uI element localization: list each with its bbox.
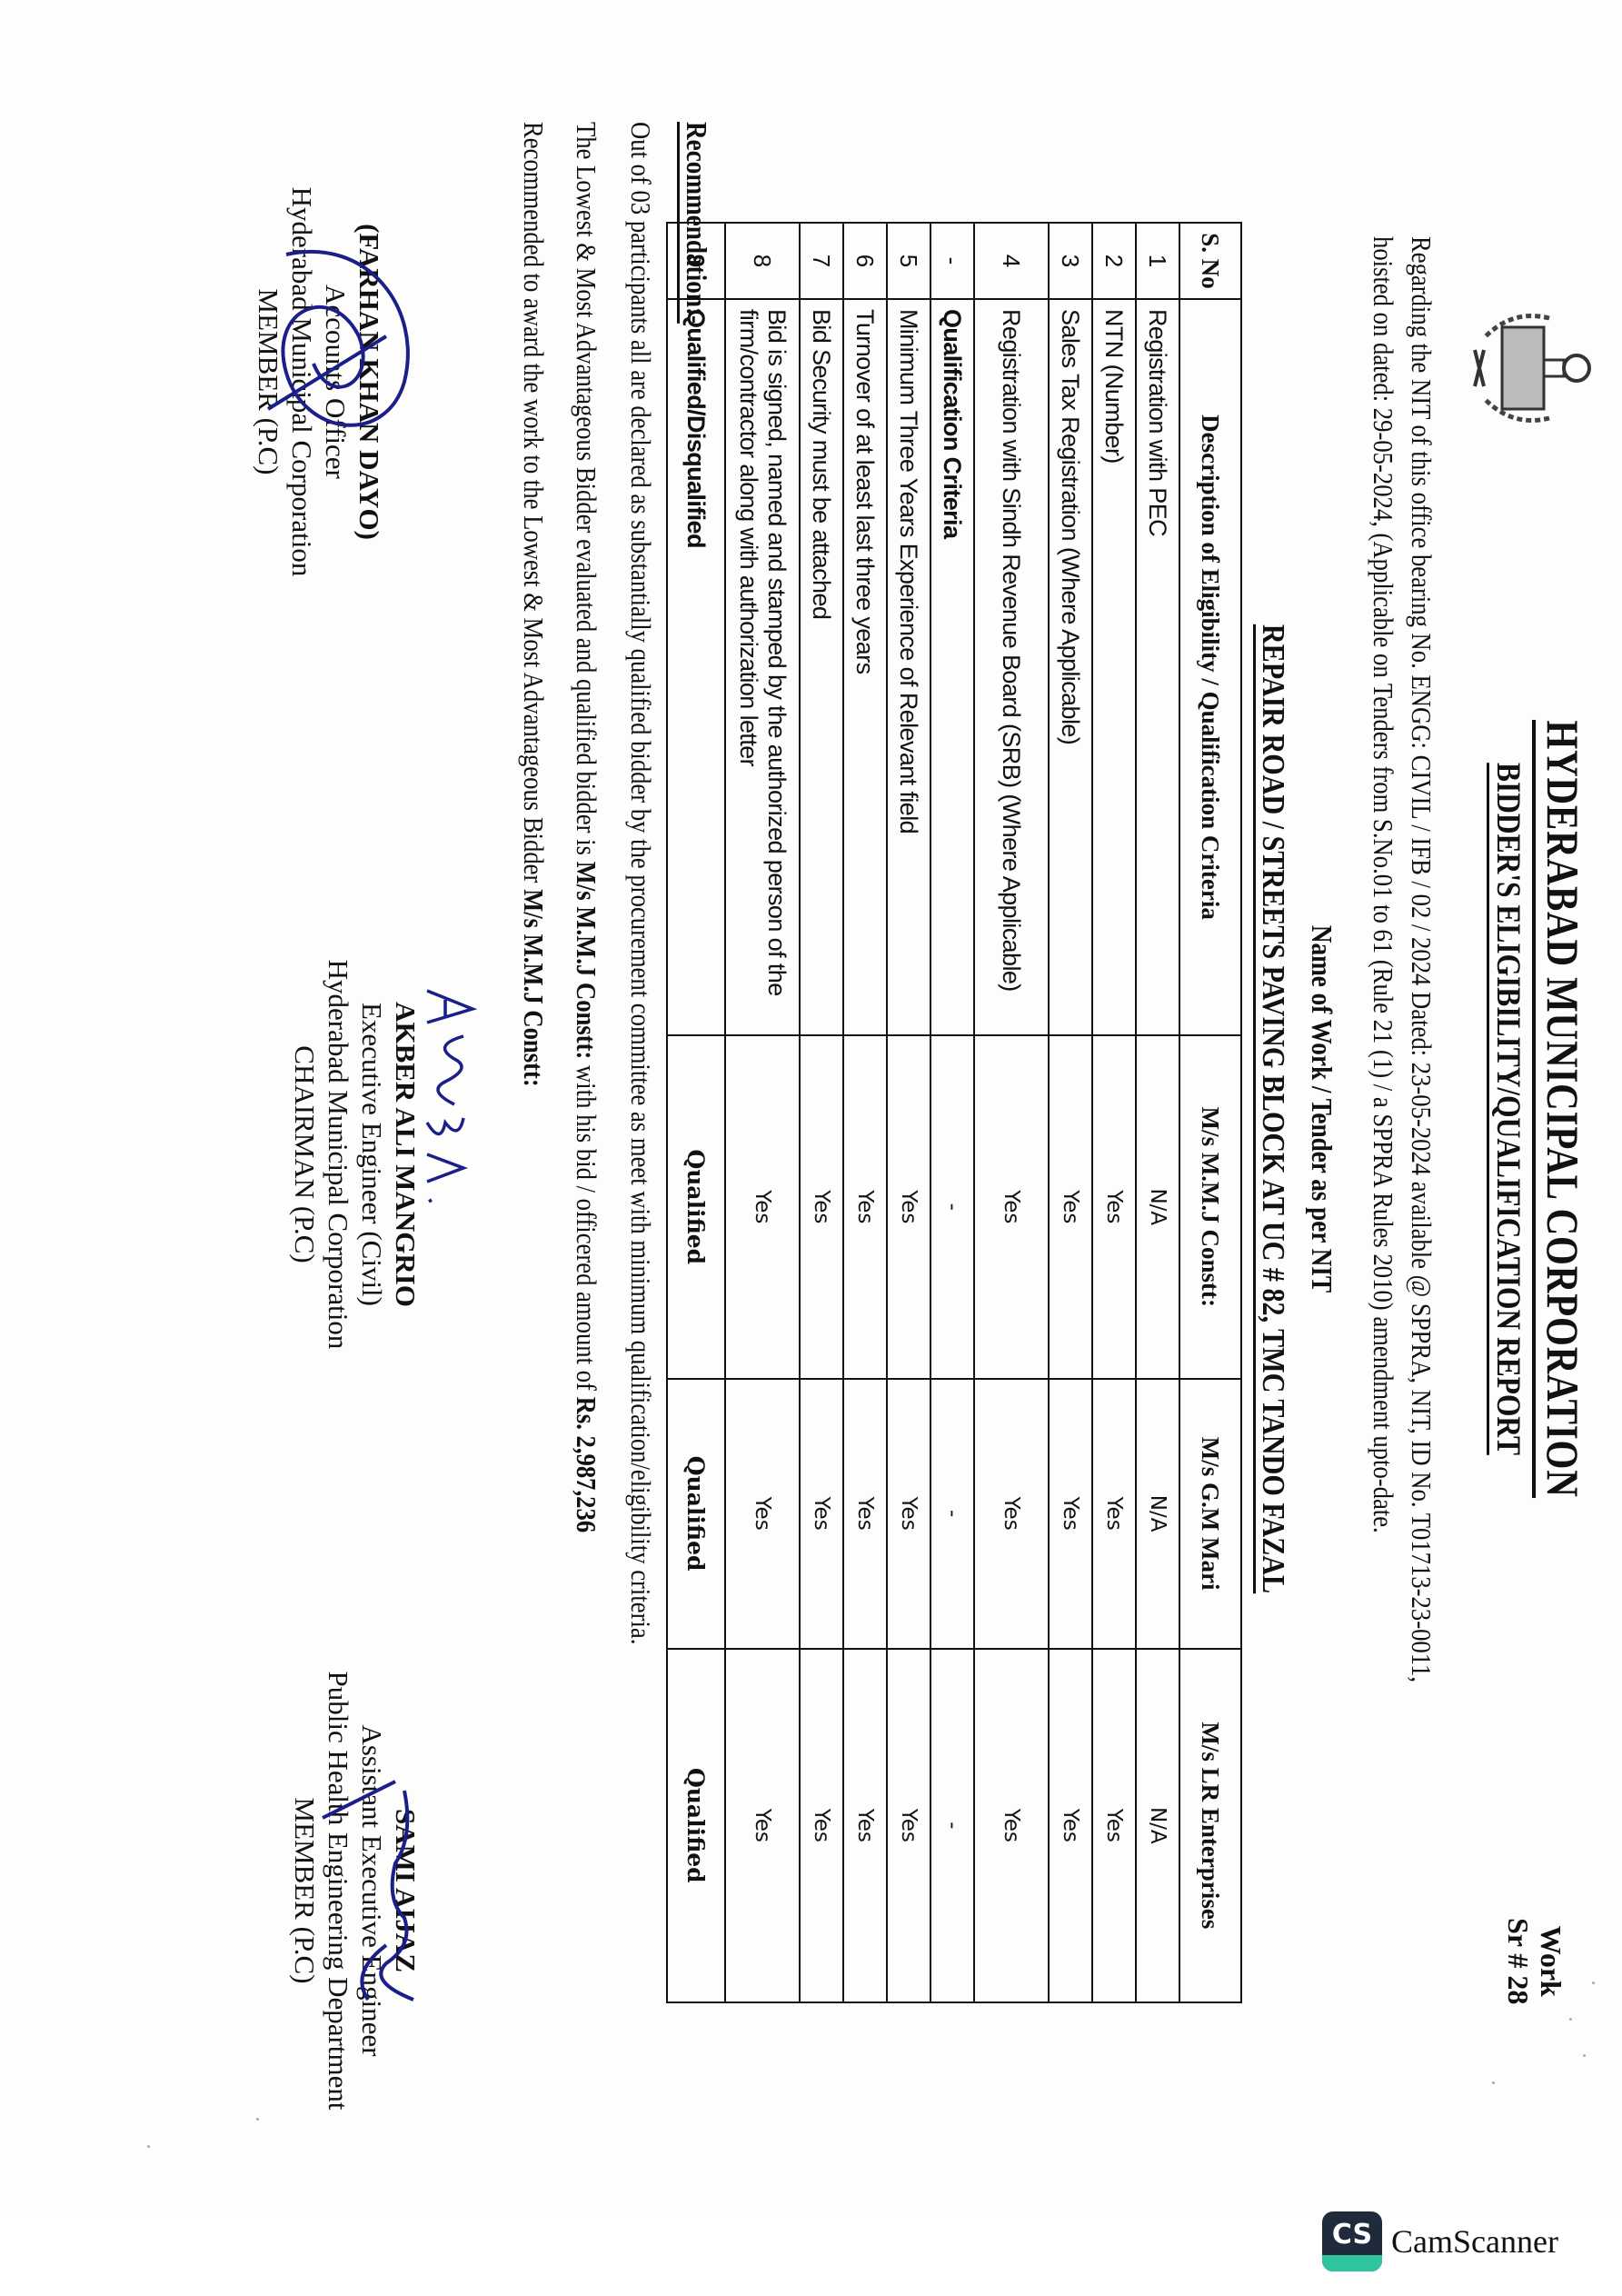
cell-description: Turnover of at least last three years — [843, 299, 887, 1035]
cell-description: Qualification Criteria — [930, 299, 974, 1035]
work-serial-number: Sr # 28 — [1502, 1918, 1535, 2004]
cell-sno: 1 — [1136, 223, 1179, 299]
cell-bidder-mmj: N/A — [1136, 1035, 1179, 1379]
cell-bidder-mmj: Yes — [800, 1035, 843, 1379]
camscanner-label: CamScanner — [1391, 2222, 1558, 2261]
work-name-label: Name of Work / Tender as per NIT — [1305, 166, 1338, 2051]
table-row: 5Minimum Three Years Experience of Relev… — [887, 223, 930, 2002]
cell-description: Bid Security must be attached — [800, 299, 843, 1035]
signature-akber-icon — [418, 982, 482, 1218]
cell-sno: 2 — [1092, 223, 1136, 299]
intro-line-2: hoisted on dated: 29-05-2024, (Applicabl… — [1364, 236, 1402, 2143]
bid-amount: Rs. 2,987,236 — [571, 1397, 602, 1533]
recommendation-paragraph-2: The Lowest & Most Advantageous Bidder ev… — [568, 122, 604, 1532]
col-bidder-gm-mari: M/s G.M Mari — [1179, 1379, 1241, 1649]
cell-sno: 3 — [1049, 223, 1092, 299]
cell-description: Minimum Three Years Experience of Releva… — [887, 299, 930, 1035]
signatory-chairman: AKBER ALI MANGRIO Executive Engineer (Ci… — [288, 900, 423, 1409]
table-row: 2NTN (Number)YesYesYes — [1092, 223, 1136, 2002]
cell-bidder-gm-mari: Yes — [1049, 1379, 1092, 1649]
report-title: BIDDER'S ELIGIBILITY/QUALIFICATION REPOR… — [1488, 166, 1527, 2051]
camscanner-watermark: CS CamScanner — [1322, 2211, 1558, 2271]
scanned-document-frame: HYDERABAD MUNICIPAL CORPORATION BIDDER'S… — [0, 0, 1622, 2296]
recommendation-paragraph-3: Recommended to award the work to the Low… — [515, 122, 552, 1087]
organization-title: HYDERABAD MUNICIPAL CORPORATION — [1537, 200, 1589, 2019]
cell-bidder-gm-mari: Qualified — [667, 1379, 725, 1649]
cell-bidder-lr-enterprises: N/A — [1136, 1649, 1179, 2002]
cell-sno: - — [930, 223, 974, 299]
signatory-member-accounts: (FARHAN KHAN DAYO) Accounts Officer Hyde… — [252, 173, 386, 591]
intro-line-1: Regarding the NIT of this office bearing… — [1402, 236, 1440, 2143]
table-row: 3Sales Tax Registration (Where Applicabl… — [1049, 223, 1092, 2002]
cell-sno: 4 — [974, 223, 1049, 299]
cell-bidder-gm-mari: Yes — [843, 1379, 887, 1649]
table-row: 6Turnover of at least last three yearsYe… — [843, 223, 887, 2002]
recommended-bidder-name: M/s M.M.J Constt: — [518, 889, 550, 1087]
cell-description: Sales Tax Registration (Where Applicable… — [1049, 299, 1092, 1035]
work-reference: Work Sr # 28 — [1502, 1918, 1567, 2004]
cell-description: Bid is signed, named and stamped by the … — [725, 299, 800, 1035]
cell-bidder-gm-mari: Yes — [725, 1379, 800, 1649]
cell-bidder-gm-mari: Yes — [1092, 1379, 1136, 1649]
col-bidder-mmj: M/s M.M.J Constt: — [1179, 1035, 1241, 1379]
cell-bidder-gm-mari: Yes — [887, 1379, 930, 1649]
work-name: REPAIR ROAD / STREETS PAVING BLOCK AT UC… — [1255, 155, 1291, 2062]
signatory-member-phed: SAMI AIJAZ Assistant Executive Engineer … — [288, 1609, 423, 2172]
cell-bidder-mmj: Yes — [974, 1035, 1049, 1379]
cell-bidder-mmj: - — [930, 1035, 974, 1379]
cell-bidder-lr-enterprises: Yes — [1092, 1649, 1136, 2002]
cell-bidder-lr-enterprises: Yes — [800, 1649, 843, 2002]
cell-bidder-mmj: Yes — [843, 1035, 887, 1379]
col-description: Description of Eligibility / Qualificati… — [1179, 299, 1241, 1035]
cell-bidder-gm-mari: Yes — [800, 1379, 843, 1649]
table-row: 9Qualified/DisqualifiedQualifiedQualifie… — [667, 223, 725, 2002]
cell-bidder-mmj: Yes — [1092, 1035, 1136, 1379]
cell-bidder-gm-mari: - — [930, 1379, 974, 1649]
col-sno: S. No — [1179, 223, 1241, 299]
table-header-row: S. No Description of Eligibility / Quali… — [1179, 223, 1241, 2002]
cell-bidder-mmj: Yes — [887, 1035, 930, 1379]
cell-bidder-lr-enterprises: Qualified — [667, 1649, 725, 2002]
cell-bidder-lr-enterprises: Yes — [887, 1649, 930, 2002]
table-row: -Qualification Criteria--- — [930, 223, 974, 2002]
work-ref-label: Work — [1535, 1918, 1567, 2004]
cell-bidder-mmj: Yes — [1049, 1035, 1092, 1379]
recommendation-heading: Recommendation:- — [677, 122, 713, 324]
eligibility-table: S. No Description of Eligibility / Quali… — [666, 222, 1242, 2003]
cell-bidder-lr-enterprises: - — [930, 1649, 974, 2002]
camscanner-logo-icon: CS — [1322, 2211, 1382, 2271]
cell-description: Registration with Sindh Revenue Board (S… — [974, 299, 1049, 1035]
cell-bidder-lr-enterprises: Yes — [974, 1649, 1049, 2002]
cell-bidder-gm-mari: N/A — [1136, 1379, 1179, 1649]
table-row: 1Registration with PECN/AN/AN/A — [1136, 223, 1179, 2002]
recommendation-paragraph-1: Out of 03 participants all are declared … — [622, 122, 659, 1644]
table-row: 4Registration with Sindh Revenue Board (… — [974, 223, 1049, 2002]
cell-sno: 8 — [725, 223, 800, 299]
document-page: HYDERABAD MUNICIPAL CORPORATION BIDDER'S… — [0, 0, 1622, 2218]
cell-sno: 5 — [887, 223, 930, 299]
cell-bidder-gm-mari: Yes — [974, 1379, 1049, 1649]
table-row: 8Bid is signed, named and stamped by the… — [725, 223, 800, 2002]
cell-description: Registration with PEC — [1136, 299, 1179, 1035]
nit-intro-paragraph: Regarding the NIT of this office bearing… — [1364, 236, 1440, 2143]
col-bidder-lr-enterprises: M/s LR Enterprises — [1179, 1649, 1241, 2002]
cell-bidder-lr-enterprises: Yes — [1049, 1649, 1092, 2002]
cell-sno: 6 — [843, 223, 887, 299]
cell-description: Qualified/Disqualified — [667, 299, 725, 1035]
table-row: 7Bid Security must be attachedYesYesYes — [800, 223, 843, 2002]
cell-bidder-lr-enterprises: Yes — [843, 1649, 887, 2002]
cell-bidder-mmj: Qualified — [667, 1035, 725, 1379]
cell-bidder-mmj: Yes — [725, 1035, 800, 1379]
lowest-bidder-name: M/s M.M.J Constt: — [571, 862, 602, 1060]
cell-bidder-lr-enterprises: Yes — [725, 1649, 800, 2002]
cell-description: NTN (Number) — [1092, 299, 1136, 1035]
cell-sno: 7 — [800, 223, 843, 299]
